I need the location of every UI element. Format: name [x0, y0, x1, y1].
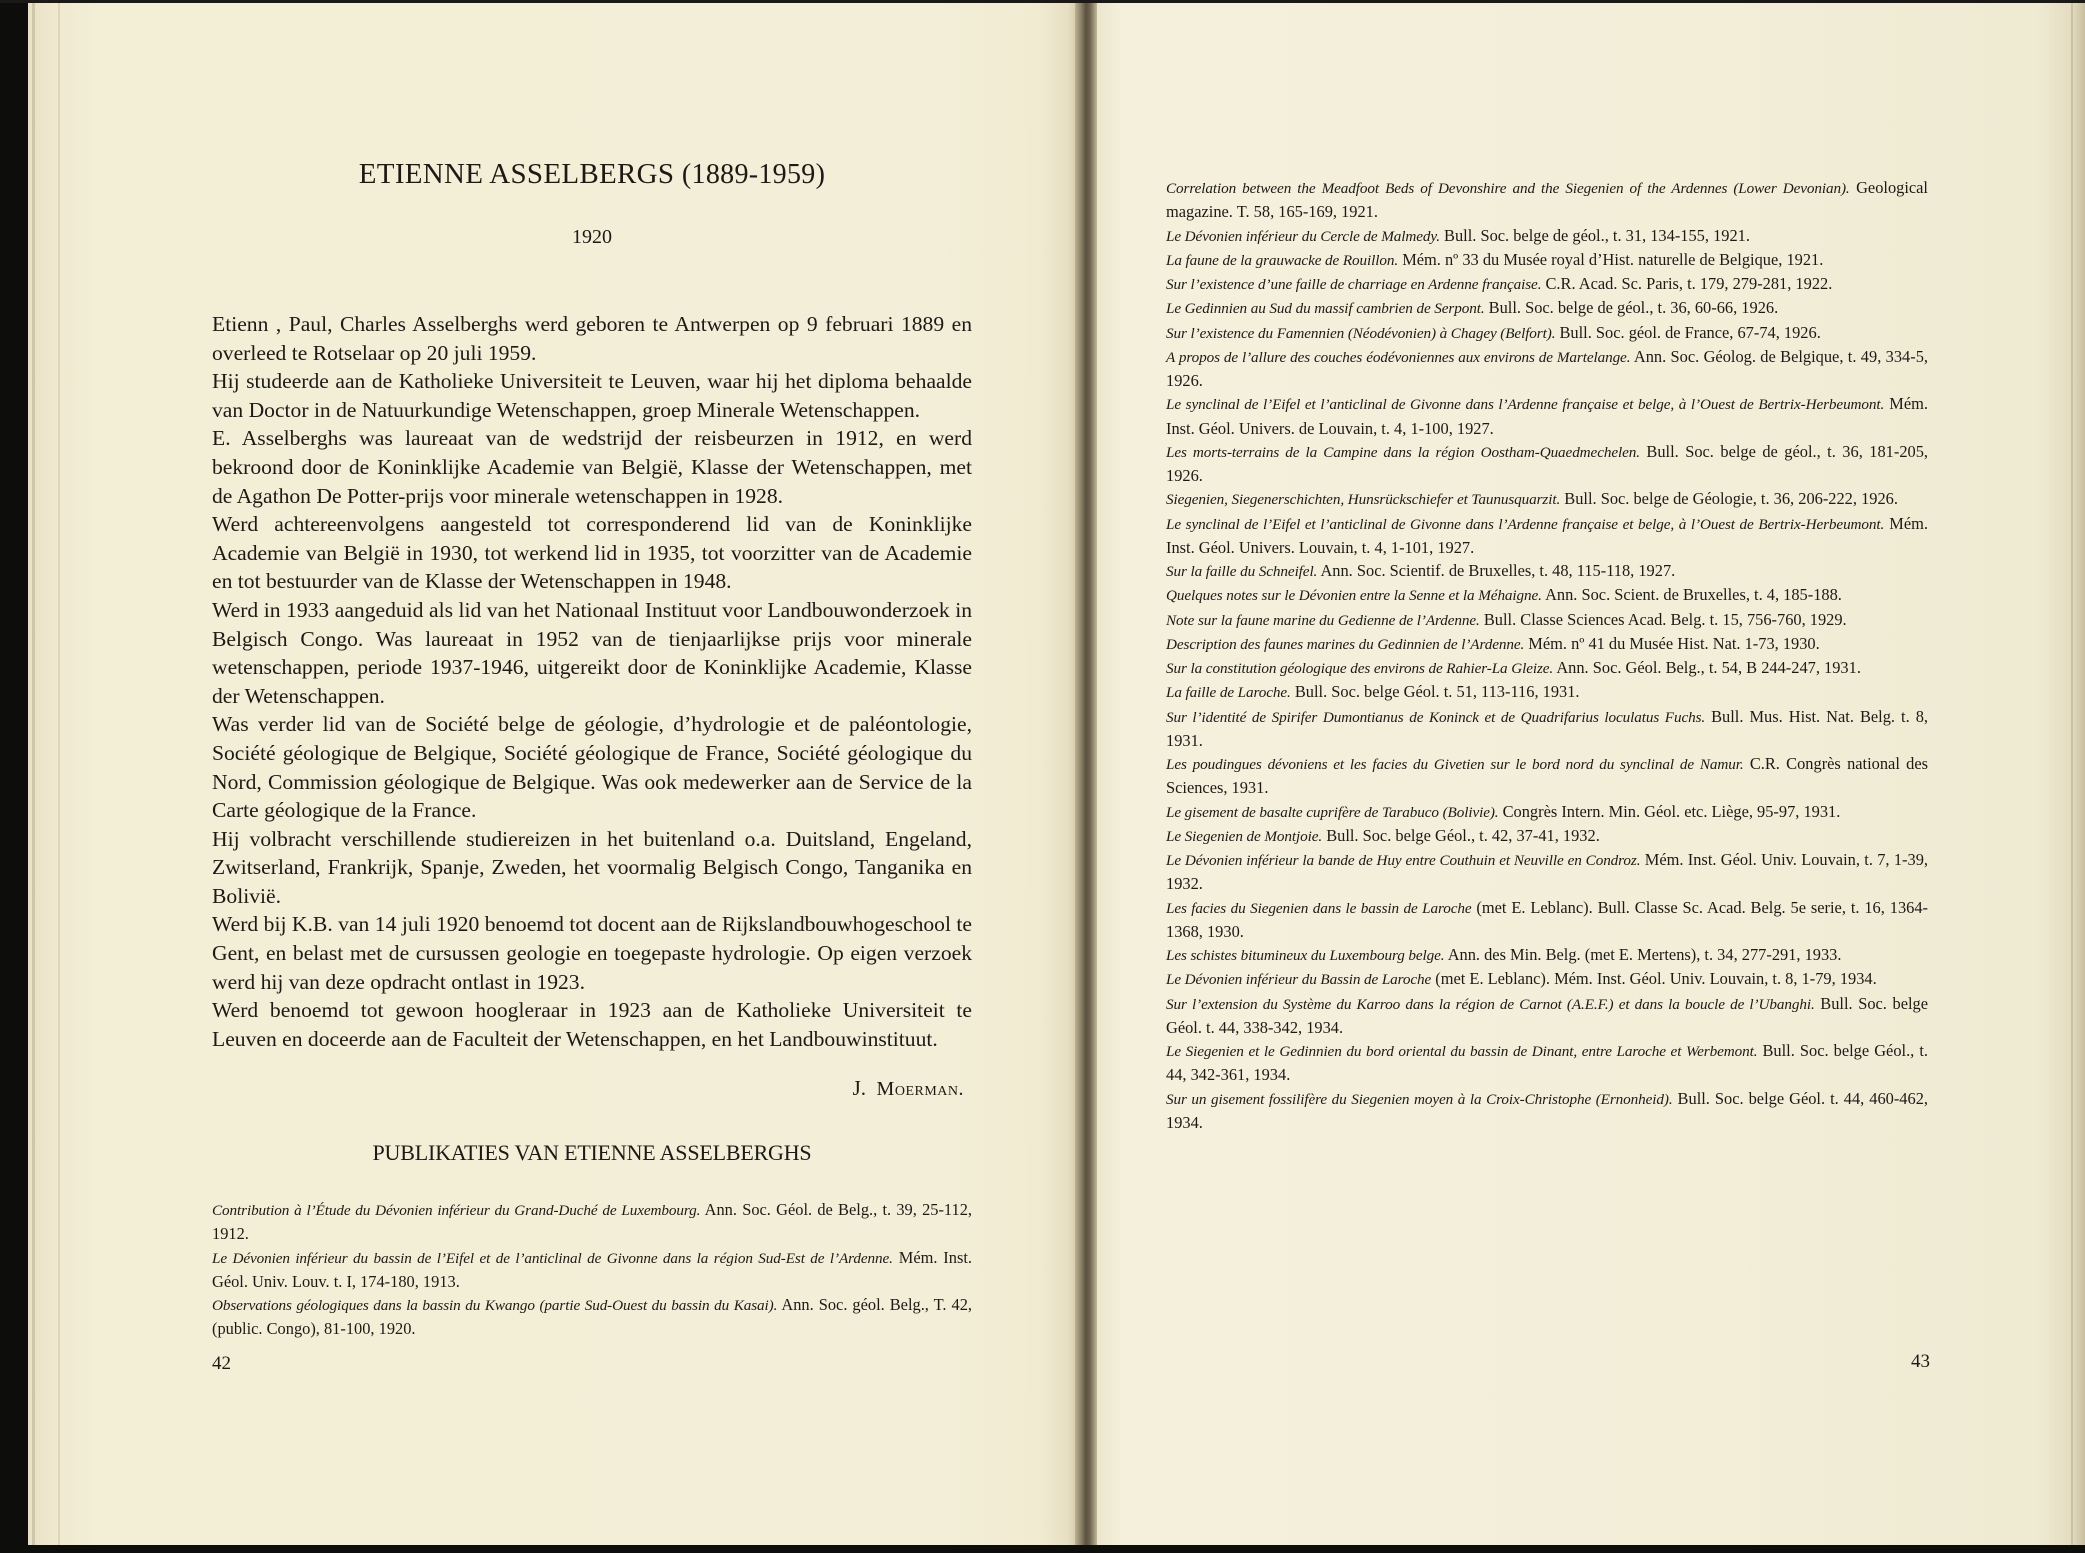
publication-entry: Le synclinal de l’Eifel et l’anticlinal …	[1166, 392, 1928, 440]
publication-title: Description des faunes marines du Gedinn…	[1166, 636, 1524, 653]
publication-title: Le gisement de basalte cuprifère de Tara…	[1166, 804, 1499, 821]
publication-title: Le synclinal de l’Eifel et l’anticlinal …	[1166, 396, 1884, 413]
signature-initial: J.	[853, 1076, 866, 1100]
publication-entry: Le Siegenien et le Gedinnien du bord ori…	[1166, 1039, 1928, 1087]
publications-list-left: Contribution à l’Étude du Dévonien infér…	[212, 1198, 972, 1341]
title-dates: (1889-1959)	[682, 159, 825, 190]
publication-entry: La faille de Laroche. Bull. Soc. belge G…	[1166, 680, 1928, 704]
publication-title: Note sur la faune marine du Gedienne de …	[1166, 612, 1480, 629]
publication-title: Les facies du Siegenien dans le bassin d…	[1166, 900, 1472, 917]
publication-entry: Sur la faille du Schneifel. Ann. Soc. Sc…	[1166, 559, 1928, 583]
publication-entry: Sur l’existence d’une faille de charriag…	[1166, 272, 1928, 296]
publication-entry: Siegenien, Siegenerschichten, Hunsrücksc…	[1166, 487, 1928, 511]
publication-entry: Les poudingues dévoniens et les facies d…	[1166, 752, 1928, 800]
signature-name: Moerman.	[877, 1078, 964, 1100]
bio-paragraph: Hij studeerde aan de Katholieke Universi…	[212, 367, 972, 424]
publication-entry: Observations géologiques dans la bassin …	[212, 1293, 972, 1341]
publication-title: Les morts-terrains de la Campine dans la…	[1166, 444, 1640, 461]
publication-title: Sur un gisement fossilifère du Siegenien…	[1166, 1091, 1673, 1108]
publication-reference: Ann. Soc. Scientif. de Bruxelles, t. 48,…	[1317, 561, 1675, 580]
bio-paragraph: Werd in 1933 aangeduid als lid van het N…	[212, 596, 972, 710]
publication-title: A propos de l’allure des couches éodévon…	[1166, 349, 1630, 366]
publication-entry: Correlation between the Meadfoot Beds of…	[1166, 176, 1928, 224]
publication-reference: Bull. Soc. géol. de France, 67-74, 1926.	[1555, 323, 1820, 342]
publication-entry: Le Siegenien de Montjoie. Bull. Soc. bel…	[1166, 824, 1928, 848]
publication-entry: Le Dévonien inférieur du Bassin de Laroc…	[1166, 967, 1928, 991]
publication-title: Le Dévonien inférieur du Bassin de Laroc…	[1166, 971, 1431, 988]
publications-heading: PUBLIKATIES VAN ETIENNE ASSELBERGHS	[212, 1140, 972, 1166]
publication-entry: A propos de l’allure des couches éodévon…	[1166, 345, 1928, 393]
page-number-left: 42	[212, 1353, 231, 1375]
publication-reference: Bull. Soc. belge Géol., t. 42, 37-41, 19…	[1322, 826, 1600, 845]
publication-title: Sur l’existence du Famennien (Néodévonie…	[1166, 325, 1555, 342]
publication-entry: Les morts-terrains de la Campine dans la…	[1166, 440, 1928, 488]
publication-entry: Description des faunes marines du Gedinn…	[1166, 632, 1928, 656]
publication-entry: Sur la constitution géologique des envir…	[1166, 656, 1928, 680]
bio-paragraph: Werd achtereenvolgens aangesteld tot cor…	[212, 510, 972, 596]
author-signature: J. Moerman.	[212, 1076, 964, 1101]
publication-reference: Mém. nº 33 du Musée royal d’Hist. nature…	[1398, 250, 1823, 269]
publication-reference: Bull. Classe Sciences Acad. Belg. t. 15,…	[1480, 610, 1847, 629]
publication-entry: Le synclinal de l’Eifel et l’anticlinal …	[1166, 512, 1928, 560]
publication-title: La faune de la grauwacke de Rouillon.	[1166, 252, 1398, 269]
publication-reference: Bull. Soc. belge de Géologie, t. 36, 206…	[1560, 489, 1898, 508]
publication-entry: Le gisement de basalte cuprifère de Tara…	[1166, 800, 1928, 824]
publication-title: Sur l’identité de Spirifer Dumontianus d…	[1166, 709, 1705, 726]
publication-reference: Ann. Soc. Géol. Belg., t. 54, B 244-247,…	[1553, 658, 1861, 677]
publication-reference: Congrès Intern. Min. Géol. etc. Liège, 9…	[1499, 802, 1841, 821]
book-cover-edge-bottom	[0, 1545, 2085, 1553]
publication-title: Quelques notes sur le Dévonien entre la …	[1166, 587, 1542, 604]
publication-entry: Quelques notes sur le Dévonien entre la …	[1166, 583, 1928, 607]
publication-title: Observations géologiques dans la bassin …	[212, 1297, 777, 1314]
publication-title: La faille de Laroche.	[1166, 684, 1291, 701]
publication-title: Le Siegenien de Montjoie.	[1166, 828, 1322, 845]
publication-title: Le Dévonien inférieur du Cercle de Malme…	[1166, 228, 1440, 245]
publication-entry: La faune de la grauwacke de Rouillon. Mé…	[1166, 248, 1928, 272]
publication-entry: Sur l’extension du Système du Karroo dan…	[1166, 992, 1928, 1040]
publication-title: Sur la faille du Schneifel.	[1166, 563, 1317, 580]
bio-paragraph: Werd bij K.B. van 14 juli 1920 benoemd t…	[212, 910, 972, 996]
publication-reference: Mém. nº 41 du Musée Hist. Nat. 1-73, 193…	[1524, 634, 1820, 653]
publication-title: Sur la constitution géologique des envir…	[1166, 660, 1553, 677]
publication-reference: Ann. Soc. Scient. de Bruxelles, t. 4, 18…	[1542, 585, 1842, 604]
publication-reference: C.R. Acad. Sc. Paris, t. 179, 279-281, 1…	[1541, 274, 1832, 293]
publication-entry: Le Gedinnien au Sud du massif cambrien d…	[1166, 296, 1928, 320]
publication-entry: Les facies du Siegenien dans le bassin d…	[1166, 896, 1928, 944]
book-spine-gutter	[1075, 3, 1097, 1545]
publications-list-right: Correlation between the Meadfoot Beds of…	[1166, 176, 1928, 1134]
publication-title: Correlation between the Meadfoot Beds of…	[1166, 180, 1850, 197]
obituary-title: ETIENNE ASSELBERGS (1889-1959)	[212, 158, 972, 191]
publication-entry: Le Dévonien inférieur la bande de Huy en…	[1166, 848, 1928, 896]
publication-title: Le Dévonien inférieur la bande de Huy en…	[1166, 852, 1640, 869]
title-name: ETIENNE ASSELBERGS	[359, 158, 675, 190]
publication-title: Les schistes bitumineux du Luxembourg be…	[1166, 947, 1445, 964]
bio-paragraph: Etienn , Paul, Charles Asselberghs werd …	[212, 310, 972, 367]
publication-title: Le Dévonien inférieur du bassin de l’Eif…	[212, 1250, 893, 1267]
page-number-right: 43	[1911, 1351, 1930, 1373]
publication-title: Le synclinal de l’Eifel et l’anticlinal …	[1166, 516, 1884, 533]
publication-entry: Le Dévonien inférieur du Cercle de Malme…	[1166, 224, 1928, 248]
publication-title: Le Gedinnien au Sud du massif cambrien d…	[1166, 300, 1485, 317]
publication-entry: Le Dévonien inférieur du bassin de l’Eif…	[212, 1246, 972, 1294]
publication-title: Sur l’existence d’une faille de charriag…	[1166, 276, 1541, 293]
biography-text: Etienn , Paul, Charles Asselberghs werd …	[212, 310, 972, 1053]
publication-title: Sur l’extension du Système du Karroo dan…	[1166, 996, 1815, 1013]
publication-reference: (met E. Leblanc). Mém. Inst. Géol. Univ.…	[1431, 969, 1877, 988]
publication-entry: Sur un gisement fossilifère du Siegenien…	[1166, 1087, 1928, 1135]
publication-title: Siegenien, Siegenerschichten, Hunsrücksc…	[1166, 491, 1560, 508]
publication-title: Les poudingues dévoniens et les facies d…	[1166, 756, 1744, 773]
publication-reference: Bull. Soc. belge de géol., t. 31, 134-15…	[1440, 226, 1750, 245]
bio-paragraph: E. Asselberghs was laureaat van de wedst…	[212, 424, 972, 510]
bio-paragraph: Hij volbracht verschillende studiereizen…	[212, 825, 972, 911]
open-book-scan: ETIENNE ASSELBERGS (1889-1959) 1920 Etie…	[0, 0, 2085, 1553]
publication-title: Le Siegenien et le Gedinnien du bord ori…	[1166, 1043, 1757, 1060]
publication-reference: Bull. Soc. belge Géol. t. 51, 113-116, 1…	[1291, 682, 1580, 701]
publication-entry: Note sur la faune marine du Gedienne de …	[1166, 608, 1928, 632]
book-cover-edge-left	[0, 0, 28, 1553]
subtitle-year: 1920	[212, 226, 972, 249]
publication-reference: Ann. des Min. Belg. (met E. Mertens), t.…	[1445, 945, 1842, 964]
publication-entry: Les schistes bitumineux du Luxembourg be…	[1166, 943, 1928, 967]
publication-entry: Sur l’existence du Famennien (Néodévonie…	[1166, 321, 1928, 345]
publication-title: Contribution à l’Étude du Dévonien infér…	[212, 1202, 700, 1219]
bio-paragraph: Werd benoemd tot gewoon hoogleraar in 19…	[212, 996, 972, 1053]
publication-reference: Bull. Soc. belge de géol., t. 36, 60-66,…	[1485, 298, 1779, 317]
publication-entry: Contribution à l’Étude du Dévonien infér…	[212, 1198, 972, 1246]
bio-paragraph: Was verder lid van de Société belge de g…	[212, 710, 972, 824]
publication-entry: Sur l’identité de Spirifer Dumontianus d…	[1166, 705, 1928, 753]
